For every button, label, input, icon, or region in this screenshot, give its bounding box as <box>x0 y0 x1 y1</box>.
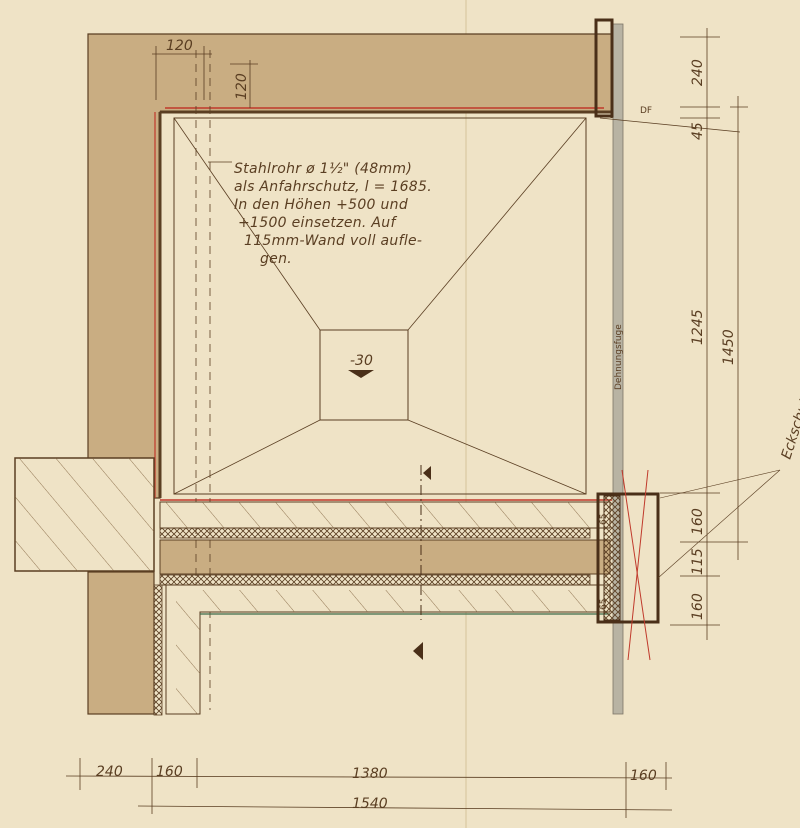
svg-text:-30: -30 <box>350 353 373 369</box>
svg-text:als Anfahrschutz, l = 1685.: als Anfahrschutz, l = 1685. <box>234 179 432 195</box>
svg-text:120: 120 <box>166 38 193 54</box>
svg-text:240: 240 <box>690 59 706 86</box>
svg-text:gen.: gen. <box>260 251 292 267</box>
svg-text:160: 160 <box>156 764 183 780</box>
svg-text:In den Höhen +500 und: In den Höhen +500 und <box>234 197 408 213</box>
svg-text:160: 160 <box>690 593 706 620</box>
drawing-sheet: -30 Stahlrohr ø 1½" (48mm) als Anfahrsch… <box>0 0 800 828</box>
svg-text:115: 115 <box>690 548 706 575</box>
svg-text:1540: 1540 <box>352 796 388 812</box>
svg-text:65: 65 <box>599 514 609 525</box>
svg-text:115mm-Wand voll aufle-: 115mm-Wand voll aufle- <box>244 233 422 249</box>
svg-text:Dehnungsfuge: Dehnungsfuge <box>614 324 624 390</box>
svg-text:+1500 einsetzen. Auf: +1500 einsetzen. Auf <box>238 215 397 231</box>
svg-text:1380: 1380 <box>352 766 388 782</box>
svg-text:65: 65 <box>599 599 609 610</box>
svg-text:240: 240 <box>96 764 123 780</box>
svg-text:1450: 1450 <box>721 329 737 365</box>
svg-text:Stahlrohr ø 1½" (48mm): Stahlrohr ø 1½" (48mm) <box>234 161 412 177</box>
floor-plan-drawing: -30 Stahlrohr ø 1½" (48mm) als Anfahrsch… <box>0 0 800 828</box>
svg-text:1245: 1245 <box>690 309 706 345</box>
svg-text:160: 160 <box>690 508 706 535</box>
concrete-block <box>15 458 154 571</box>
svg-text:160: 160 <box>630 768 657 784</box>
svg-text:120: 120 <box>234 73 250 100</box>
svg-text:DF: DF <box>640 106 652 116</box>
svg-text:45: 45 <box>690 122 706 140</box>
